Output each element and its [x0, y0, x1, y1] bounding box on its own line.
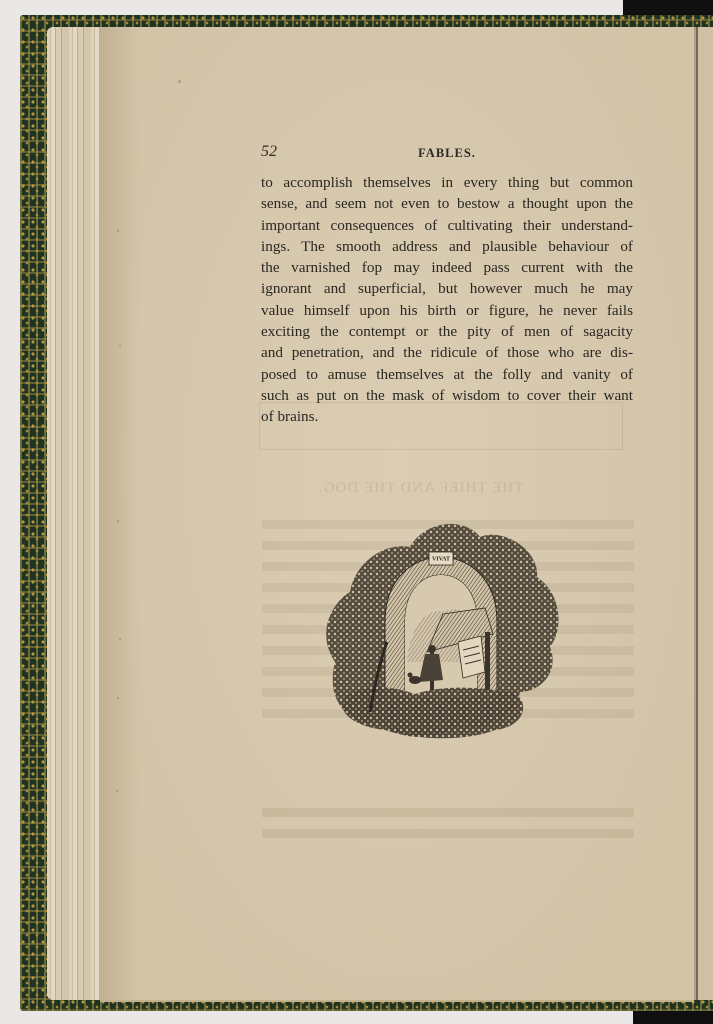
- text-line: exciting the contempt or the pity of men…: [261, 321, 633, 342]
- text-line: value himself upon his birth or figure, …: [261, 300, 633, 321]
- text-line: posed to amuse themselves at the folly a…: [261, 364, 633, 385]
- arch-tree-engraving-icon: VIVAT: [315, 512, 567, 744]
- paper-speck: [178, 80, 181, 83]
- wood-engraving-illustration: VIVAT: [315, 512, 567, 744]
- bleed-through-text-block-lower: [262, 808, 634, 848]
- text-line: to accomplish themselves in every thing …: [261, 172, 633, 193]
- text-line: sense, and seem not even to bestow a tho…: [261, 193, 633, 214]
- section-title: FABLES.: [261, 146, 633, 161]
- svg-text:VIVAT: VIVAT: [432, 557, 450, 563]
- running-head: 52 FABLES.: [261, 143, 633, 163]
- paper-speck: [117, 520, 119, 522]
- paper-speck: [116, 790, 118, 792]
- text-line: of brains.: [261, 406, 633, 427]
- paper-speck: [117, 697, 119, 699]
- text-line: ignorant and superficial, but however mu…: [261, 278, 633, 299]
- bleed-through-title: THE THIEF AND THE DOG.: [318, 480, 523, 497]
- body-text: to accomplish themselves in every thing …: [261, 172, 633, 428]
- text-line: the varnished fop may indeed pass curren…: [261, 257, 633, 278]
- paper-speck: [117, 230, 119, 232]
- spine-gutter: [694, 27, 713, 1000]
- text-line: important consequences of cultivating th…: [261, 215, 633, 236]
- paper-speck: [119, 638, 121, 640]
- text-line: and penetration, and the ridicule of tho…: [261, 342, 633, 363]
- text-line: such as put on the mask of wisdom to cov…: [261, 385, 633, 406]
- paper-speck: [119, 345, 121, 347]
- text-line: ings. The smooth address and plausible b…: [261, 236, 633, 257]
